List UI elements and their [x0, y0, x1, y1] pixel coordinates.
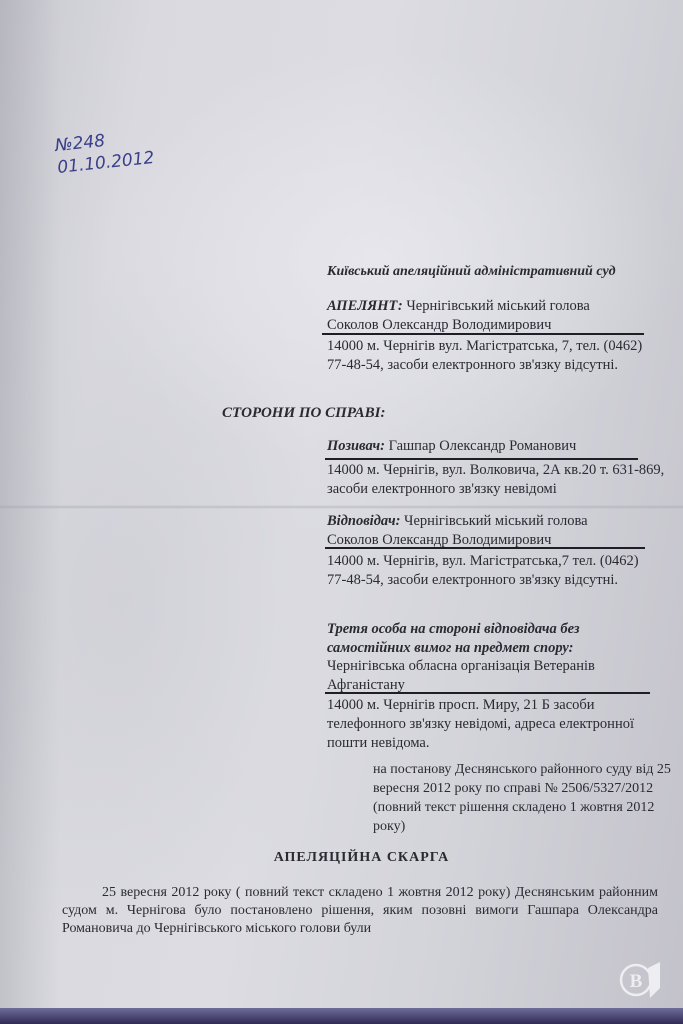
appellant-name-line1: Чернігівський міський голова — [406, 298, 590, 314]
court-name: Київський апеляційний адміністративний с… — [327, 262, 616, 281]
third-party-address: 14000 м. Чернігів просп. Миру, 21 Б засо… — [327, 696, 657, 753]
defendant-address: 14000 м. Чернігів, вул. Магістратська,7 … — [327, 552, 657, 590]
third-party-name: Чернігівська обласна організація Ветеран… — [327, 657, 657, 695]
paper-fold — [0, 505, 683, 509]
plaintiff-name: Гашпар Олександр Романович — [389, 438, 577, 454]
divider — [322, 333, 644, 335]
defendant-block: Відповідач: Чернігівський міський голова… — [327, 512, 657, 550]
publisher-logo-icon: В — [618, 958, 662, 1002]
background-surface — [0, 1008, 683, 1024]
body-paragraph: 25 вересня 2012 року ( повний текст скла… — [62, 884, 658, 938]
divider — [325, 458, 638, 460]
appellant-label: АПЕЛЯНТ: — [327, 298, 403, 314]
parties-heading: СТОРОНИ ПО СПРАВІ: — [222, 404, 386, 423]
plaintiff-block: Позивач: Гашпар Олександр Романович — [327, 437, 657, 456]
third-party-label: Третя особа на стороні відповідача без с… — [327, 620, 657, 658]
plaintiff-address: 14000 м. Чернігів, вул. Волковича, 2А кв… — [327, 461, 667, 499]
divider — [325, 692, 650, 694]
plaintiff-label: Позивач: — [327, 438, 385, 454]
defendant-name-line1: Чернігівський міський голова — [404, 513, 588, 529]
document-title: АПЕЛЯЦІЙНА СКАРГА — [0, 848, 683, 867]
divider — [325, 547, 645, 549]
appellant-name-line2: Соколов Олександр Володимирович — [327, 317, 551, 333]
appellant-address: 14000 м. Чернігів вул. Магістратська, 7,… — [327, 337, 657, 375]
svg-text:В: В — [630, 971, 643, 992]
defendant-label: Відповідач: — [327, 513, 400, 529]
decision-reference: на постанову Деснянського районного суду… — [373, 760, 673, 836]
appellant-block: АПЕЛЯНТ: Чернігівський міський голова Со… — [327, 297, 657, 335]
defendant-name-line2: Соколов Олександр Володимирович — [327, 532, 551, 548]
